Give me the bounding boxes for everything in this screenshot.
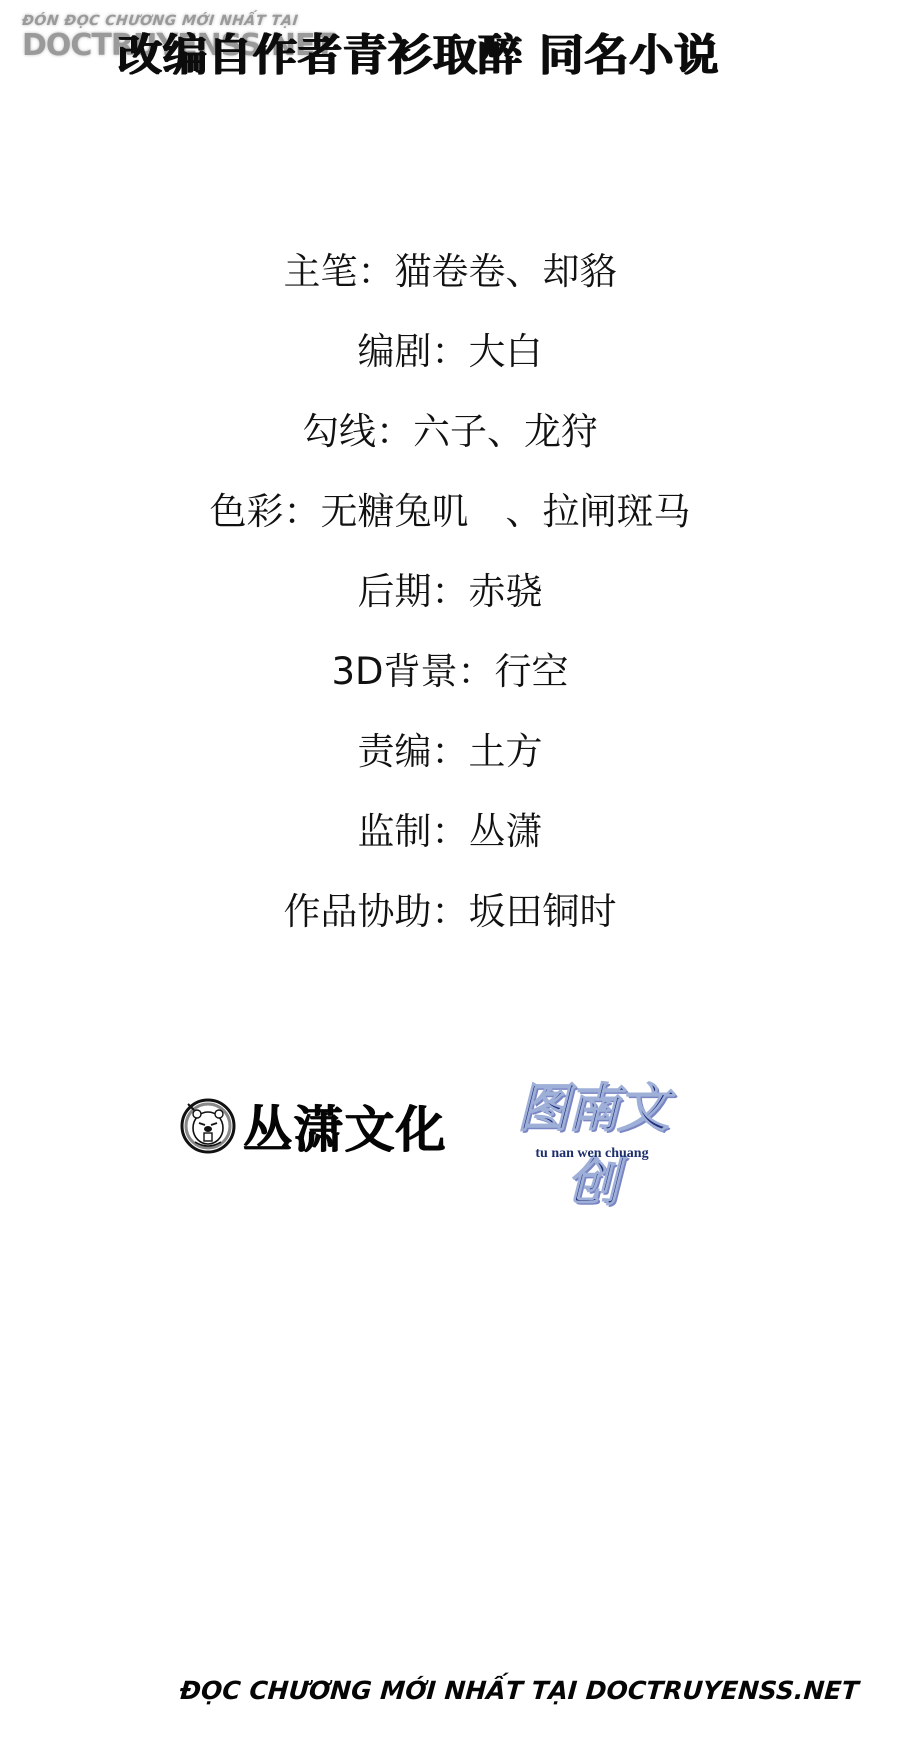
credit-screenwriter: 编剧：大白 (0, 329, 900, 409)
tunan-logo-text: 图南文创 (502, 1072, 682, 1146)
credit-editor: 责编：土方 (0, 729, 900, 809)
publisher-logos: 丛潇文化 图南文创 tu nan wen chuang (180, 1086, 700, 1176)
congxiao-logo: 丛潇文化 (180, 1094, 446, 1158)
credit-post: 后期：赤骁 (0, 569, 900, 649)
congxiao-logo-text: 丛潇文化 (242, 1090, 446, 1162)
page-title: 改编自作者青衫取醉 同名小说 (118, 28, 738, 84)
footer-banner: ĐỌC CHƯƠNG MỚI NHẤT TẠI DOCTRUYENSS.NET (179, 1676, 721, 1705)
watermark-line1: ĐÓN ĐỌC CHƯƠNG MỚI NHẤT TẠI (21, 14, 334, 28)
credit-3d-background: 3D背景：行空 (0, 649, 900, 729)
credit-assistance: 作品协助：坂田铜时 (0, 889, 900, 969)
credit-color: 色彩：无糖兔叽 、拉闸斑马 (0, 489, 900, 569)
credits-list: 主笔：猫卷卷、却貉 编剧：大白 勾线：六子、龙狩 色彩：无糖兔叽 、拉闸斑马 后… (0, 249, 900, 969)
mascot-icon (180, 1098, 236, 1154)
credit-producer: 监制：丛潇 (0, 809, 900, 889)
credit-lineart: 勾线：六子、龙狩 (0, 409, 900, 489)
credit-lead-artist: 主笔：猫卷卷、却貉 (0, 249, 900, 329)
tunan-logo-subtitle: tu nan wen chuang (502, 1146, 682, 1162)
tunan-logo: 图南文创 tu nan wen chuang (502, 1072, 682, 1170)
